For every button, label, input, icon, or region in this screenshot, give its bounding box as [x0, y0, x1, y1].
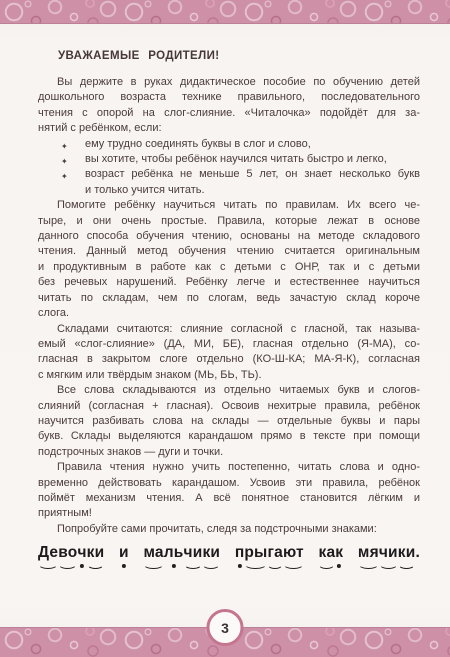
sentence-word: прыгают	[235, 544, 304, 571]
sentence-segment: ка	[318, 544, 335, 571]
content-area: УВАЖАЕМЫЕ РОДИТЕЛИ! Вы держите в руках д…	[0, 23, 450, 628]
paragraph-line: Помогите ребёнку научиться читать по пра…	[38, 198, 420, 213]
sentence-segment: п	[235, 544, 245, 571]
paragraph-line: Попробуйте сами прочитать, следя за подс…	[38, 522, 420, 537]
sentence-segment: ки	[87, 544, 105, 571]
sentence-word: и	[119, 544, 129, 571]
sentence-word: мячики.	[358, 544, 420, 571]
sentence-segment: ры	[244, 544, 267, 571]
paragraph-line: приятным!	[38, 506, 420, 521]
paragraph-line: нятий с ребёнком, если:	[38, 121, 420, 136]
syllable-arc-mark	[283, 559, 304, 569]
syllable-arc-mark	[38, 559, 58, 569]
paragraph: Складами считаются: слияние согласной с …	[38, 322, 420, 384]
sentence-segment: ч	[77, 544, 86, 571]
sentence-segment: мя	[358, 544, 379, 571]
paragraph-line: временно действовать карандашом. Усвоив …	[38, 476, 420, 491]
paragraph-line: и продуктивным в работе как с детьми с О…	[38, 260, 420, 275]
letter-dot-mark	[172, 564, 176, 568]
letter-dot-mark	[238, 564, 242, 568]
top-border-decoration	[0, 0, 450, 24]
sentence-segment: Де	[38, 544, 58, 571]
paragraph-line: с мягким или твёрдым знаком (МЬ, БЬ, ТЬ)…	[38, 368, 420, 383]
paragraph: Все слова складываются из отдельно читае…	[38, 383, 420, 460]
syllable-arc-mark	[244, 559, 267, 569]
paragraph-line: поймёт механизм чтения. А всё понятное с…	[38, 491, 420, 506]
paragraph-line: Правила чтения нужно учить постепенно, ч…	[38, 460, 420, 475]
paragraph-line: слияний (согласная + гласная). Освоив не…	[38, 399, 420, 414]
sentence-segment: ма	[143, 544, 163, 571]
paragraph-line: тыре, и они очень простые. Правила, кото…	[38, 214, 420, 229]
paragraph: Попробуйте сами прочитать, следя за подс…	[38, 522, 420, 537]
paragraph-line: без речевых нарушений. Ребёнку легче и е…	[38, 275, 420, 290]
paragraph-line: букв. Склады выделяются карандашом прямо…	[38, 429, 420, 444]
sentence-word: как	[318, 544, 343, 571]
syllable-arc-mark	[398, 559, 416, 569]
paragraph: Правила чтения нужно учить постепенно, ч…	[38, 460, 420, 522]
paragraph-line: емый «слог-слияние» (ДА, МИ, БЕ), гласна…	[38, 337, 420, 352]
page-heading: УВАЖАЕМЫЕ РОДИТЕЛИ!	[58, 50, 450, 62]
sentence-segment: во	[58, 544, 77, 571]
sentence-segment: .	[415, 544, 420, 571]
paragraph: Вы держите в руках дидактическое пособие…	[38, 75, 420, 137]
text-column: Вы держите в руках дидактическое пособие…	[38, 75, 420, 537]
syllable-arc-mark	[58, 559, 77, 569]
page-number: 3	[221, 620, 229, 636]
paragraph-line: данного способа обучения чтению, основан…	[38, 229, 420, 244]
paragraph-line: гласная в закрытом слоге отдельно (КО-Ш-…	[38, 352, 420, 367]
syllable-arc-mark	[143, 559, 163, 569]
sentence-segment: к	[335, 544, 343, 571]
sentence-word: Девочки	[38, 544, 104, 571]
page-number-badge: 3	[207, 609, 244, 646]
book-page: УВАЖАЕМЫЕ РОДИТЕЛИ! Вы держите в руках д…	[0, 0, 450, 657]
bullet-item-line: ✦вы хотите, чтобы ребёнок научился читат…	[38, 152, 420, 167]
sentence-segment: га	[267, 544, 282, 571]
paragraph: Помогите ребёнку научиться читать по пра…	[38, 198, 420, 321]
annotated-sentence: Девочкиимальчикипрыгаюткакмячики.	[38, 544, 420, 571]
paragraph-line: научится разбивать слова на склады — отд…	[38, 414, 420, 429]
letter-dot-mark	[122, 564, 126, 568]
letter-dot-mark	[80, 564, 84, 568]
syllable-arc-mark	[358, 559, 379, 569]
letter-dot-mark	[337, 564, 341, 568]
paragraph-line: Все слова складываются из отдельно читае…	[38, 383, 420, 398]
sentence-segment: и	[119, 544, 129, 571]
syllable-arc-mark	[87, 559, 105, 569]
paragraph-line: подстрочных знаков — дуги и точки.	[38, 445, 420, 460]
paragraph-line: Вы держите в руках дидактическое пособие…	[38, 75, 420, 90]
sentence-segment: ки	[202, 544, 220, 571]
sentence-segment: ль	[164, 544, 184, 571]
paragraph-line: читать по складам, чем по слогам, ведь з…	[38, 291, 420, 306]
paragraph-line: Складами считаются: слияние согласной с …	[38, 322, 420, 337]
syllable-arc-mark	[267, 559, 282, 569]
paragraph-line: чтения с опорой на слог-слияние. «Читало…	[38, 106, 420, 121]
bullet-item-line: ✦возраст ребёнка не меньше 5 лет, он зна…	[38, 167, 420, 182]
sentence-segment: ки	[398, 544, 416, 571]
sentence-segment: чи	[379, 544, 398, 571]
syllable-arc-mark	[379, 559, 398, 569]
sentence-segment: ют	[283, 544, 304, 571]
syllable-arc-mark	[184, 559, 203, 569]
paragraph-line: слога.	[38, 306, 420, 321]
syllable-arc-mark	[318, 559, 335, 569]
sentence-segment: чи	[184, 544, 203, 571]
bullet-item-line: ✦ему трудно соединять буквы в слог и сло…	[38, 137, 420, 152]
sentence-word: мальчики	[143, 544, 220, 571]
syllable-arc-mark	[202, 559, 220, 569]
paragraph-line: дошкольного возраста технике правильного…	[38, 90, 420, 105]
paragraph-line: чтения. Данный метод обучения чтению счи…	[38, 244, 420, 259]
bullet-item-line: и только учится читать.	[38, 183, 420, 198]
